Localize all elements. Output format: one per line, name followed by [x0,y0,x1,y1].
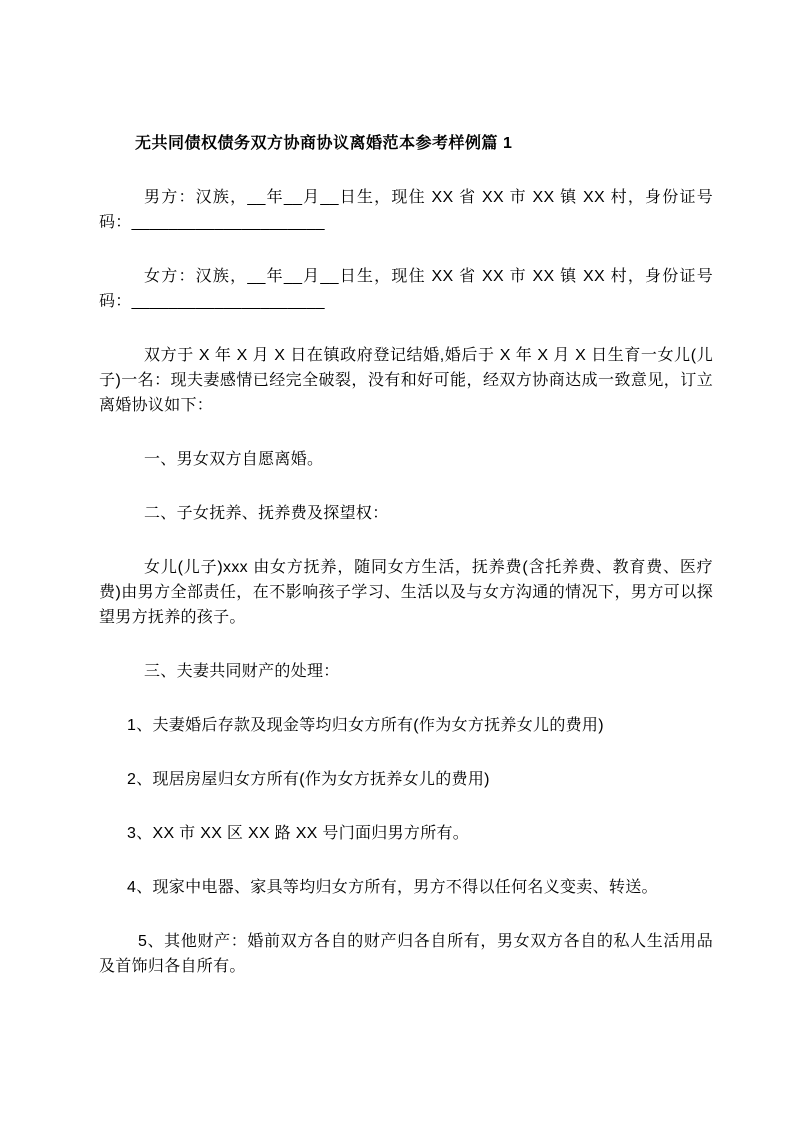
paragraph-property-item-3: 3、XX 市 XX 区 XX 路 XX 号门面归男方所有。 [99,821,713,846]
document-title: 无共同债权债务双方协商协议离婚范本参考样例篇 1 [99,131,713,156]
paragraph-property-item-2: 2、现居房屋归女方所有(作为女方抚养女儿的费用) [99,767,713,792]
paragraph-property-item-1: 1、夫妻婚后存款及现金等均归女方所有(作为女方抚养女儿的费用) [99,713,713,738]
paragraph-wife-info: 女方：汉族，__年__月__日生，现住 XX 省 XX 市 XX 镇 XX 村，… [99,264,713,314]
paragraph-custody-details: 女儿(儿子)xxx 由女方抚养，随同女方生活，抚养费(含托养费、教育费、医疗费)… [99,555,713,630]
paragraph-marriage-background: 双方于 X 年 X 月 X 日在镇政府登记结婚,婚后于 X 年 X 月 X 日生… [99,343,713,418]
paragraph-clause-2-custody-heading: 二、子女抚养、抚养费及探望权： [99,501,713,526]
paragraph-clause-3-property-heading: 三、夫妻共同财产的处理： [99,659,713,684]
paragraph-clause-1-voluntary-divorce: 一、男女双方自愿离婚。 [99,447,713,472]
paragraph-property-item-5: 5、其他财产：婚前双方各自的财产归各自所有，男女双方各自的私人生活用品及首饰归各… [99,929,713,979]
paragraph-property-item-4: 4、现家中电器、家具等均归女方所有，男方不得以任何名义变卖、转送。 [99,875,713,900]
document-page: 无共同债权债务双方协商协议离婚范本参考样例篇 1 男方：汉族，__年__月__日… [0,0,793,1122]
paragraph-husband-info: 男方：汉族，__年__月__日生，现住 XX 省 XX 市 XX 镇 XX 村，… [99,185,713,235]
